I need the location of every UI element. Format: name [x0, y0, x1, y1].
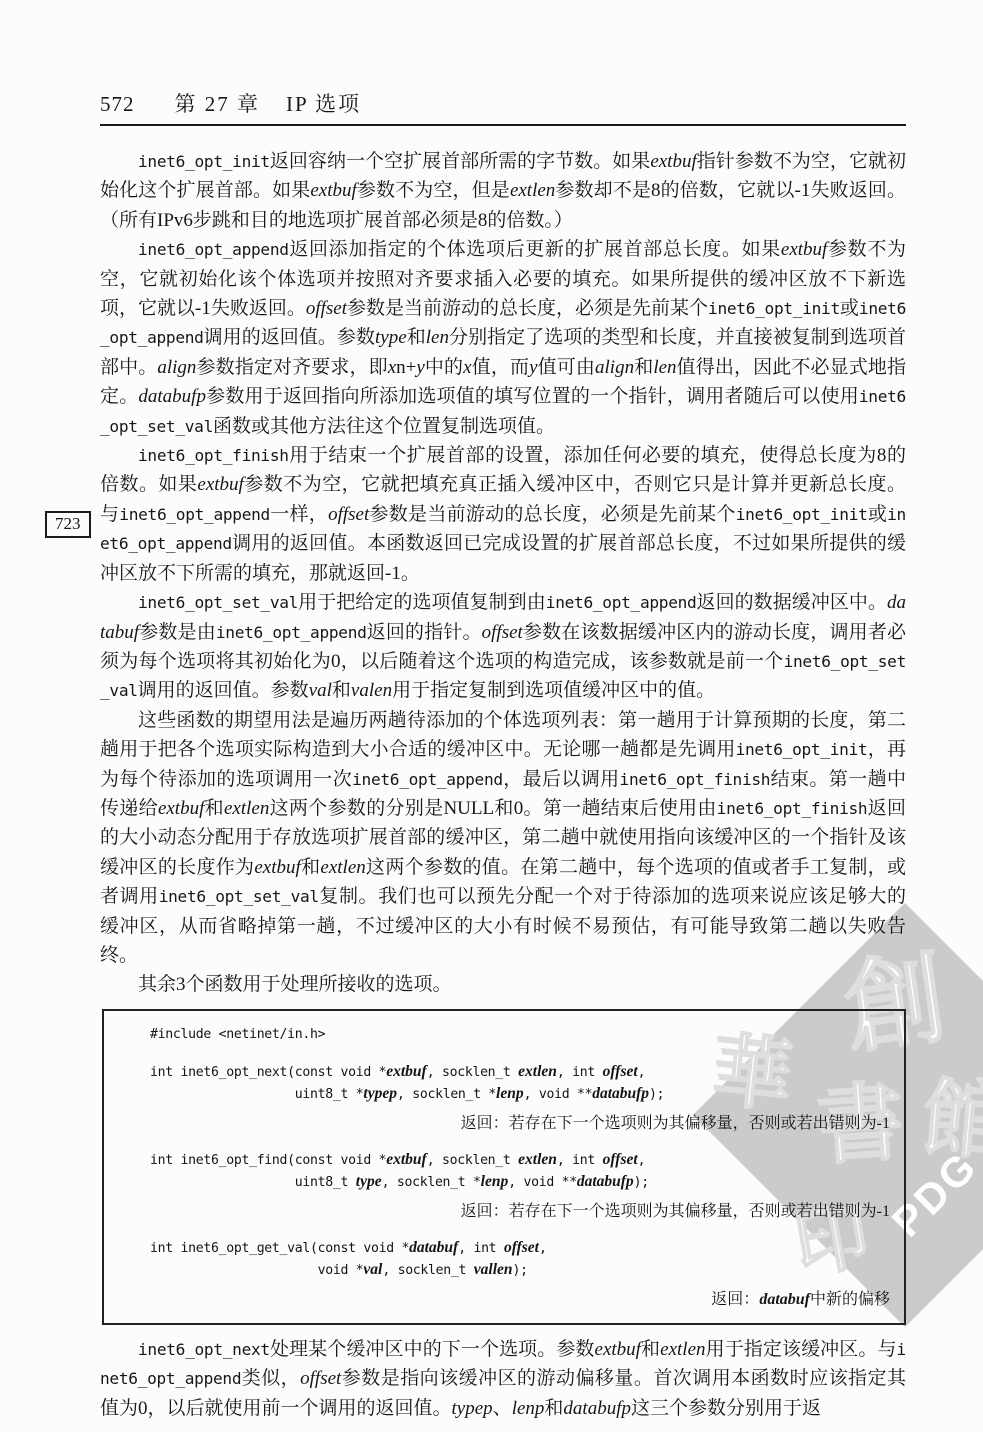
- header-rule: [100, 124, 906, 126]
- include-line: #include <netinet/in.h>: [150, 1023, 890, 1045]
- function-prototype-box: #include <netinet/in.h> int inet6_opt_ne…: [102, 1009, 906, 1325]
- paragraph-inet6-opt-init: inet6_opt_init返回容纳一个空扩展首部所需的字节数。如果extbuf…: [100, 147, 906, 235]
- paragraph-inet6-opt-finish: inet6_opt_finish用于结束一个扩展首部的设置，添加任何必要的填充，…: [100, 441, 906, 588]
- paragraph-remaining-functions: 其余3个函数用于处理所接收的选项。: [100, 970, 906, 999]
- paragraph-inet6-opt-append: inet6_opt_append返回添加指定的个体选项后更新的扩展首部总长度。如…: [100, 235, 906, 441]
- return-description: 返回：若存在下一个选项则为其偏移量，否则或若出错则为-1: [150, 1201, 890, 1223]
- paragraph-usage-two-passes: 这些函数的期望用法是遍历两趟待添加的个体选项列表：第一趟用于计算预期的长度，第二…: [100, 706, 906, 971]
- code-line: int inet6_opt_next(const void *extbuf, s…: [150, 1061, 890, 1083]
- section-title: IP 选项: [286, 88, 361, 118]
- prototype-inet6-opt-get-val: int inet6_opt_get_val(const void *databu…: [150, 1237, 890, 1311]
- chapter-label: 第 27 章: [175, 88, 261, 118]
- prototype-inet6-opt-next: int inet6_opt_next(const void *extbuf, s…: [150, 1061, 890, 1135]
- book-page: 創 華 書 館 印 PDG 723 572 第 27 章 IP 选项 inet6…: [0, 0, 983, 1432]
- code-line: uint8_t *typep, socklen_t *lenp, void **…: [150, 1083, 890, 1105]
- return-description: 返回：若存在下一个选项则为其偏移量，否则或若出错则为-1: [150, 1113, 890, 1135]
- page-number: 572: [100, 92, 135, 117]
- code-line: uint8_t type, socklen_t *lenp, void **da…: [150, 1171, 890, 1193]
- page-header: 572 第 27 章 IP 选项: [100, 88, 906, 118]
- code-line: int inet6_opt_get_val(const void *databu…: [150, 1237, 890, 1259]
- return-description: 返回：databuf中新的偏移: [150, 1289, 890, 1311]
- code-line: int inet6_opt_find(const void *extbuf, s…: [150, 1149, 890, 1171]
- paragraph-inet6-opt-set-val: inet6_opt_set_val用于把给定的选项值复制到由inet6_opt_…: [100, 588, 906, 706]
- paragraph-inet6-opt-next: inet6_opt_next处理某个缓冲区中的下一个选项。参数extbuf和ex…: [100, 1335, 906, 1423]
- prototype-inet6-opt-find: int inet6_opt_find(const void *extbuf, s…: [150, 1149, 890, 1223]
- code-line: void *val, socklen_t vallen);: [150, 1259, 890, 1281]
- page-content: 572 第 27 章 IP 选项 inet6_opt_init返回容纳一个空扩展…: [100, 88, 906, 1423]
- margin-page-marker: 723: [45, 511, 91, 538]
